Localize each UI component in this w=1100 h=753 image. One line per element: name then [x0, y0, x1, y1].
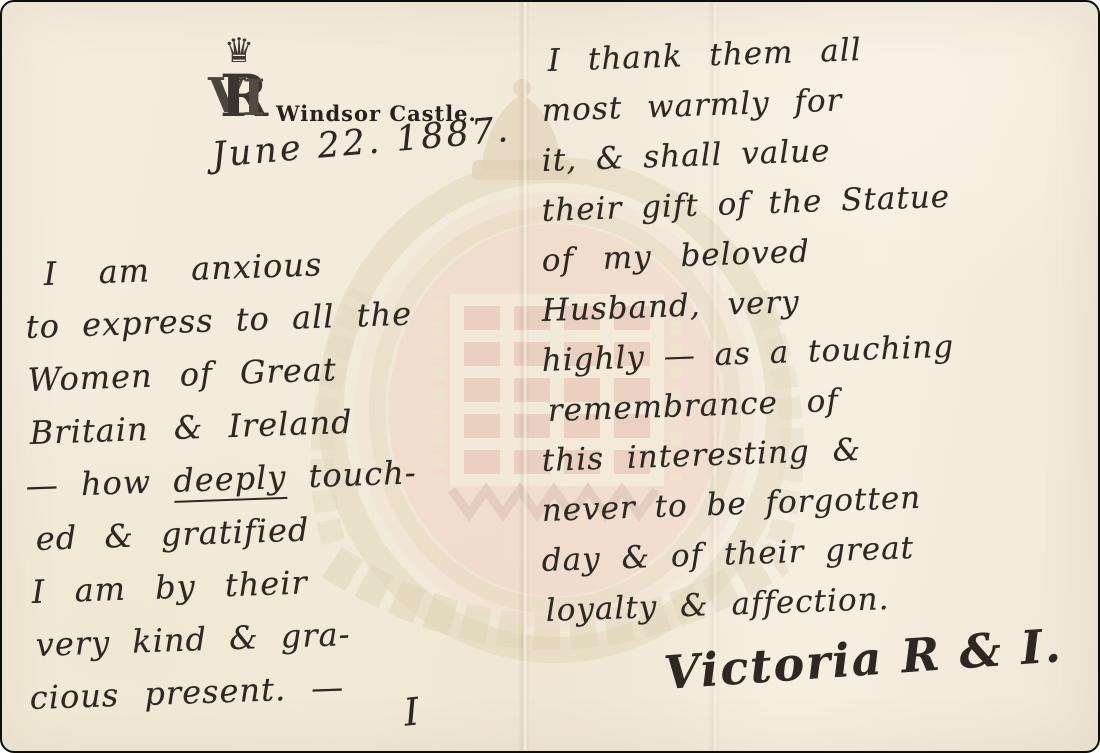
line-segment: touch-: [286, 453, 417, 496]
fold-crease-center: [518, 2, 530, 751]
royal-cipher: V R I: [204, 62, 274, 128]
letter-page: ♛ V R I Windsor Castle. June 22. 1887. I…: [0, 0, 1100, 753]
underlined-word: deeply: [173, 458, 288, 503]
letter-right-column: I thank them all most warmly for it, & s…: [542, 36, 1100, 636]
line-segment: — how: [25, 462, 174, 505]
letter-left-column: I am anxious to express to all the Women…: [26, 248, 516, 725]
monogram-letter-i: I: [242, 68, 265, 127]
vri-monogram-icon: ♛ V R I: [204, 34, 274, 128]
